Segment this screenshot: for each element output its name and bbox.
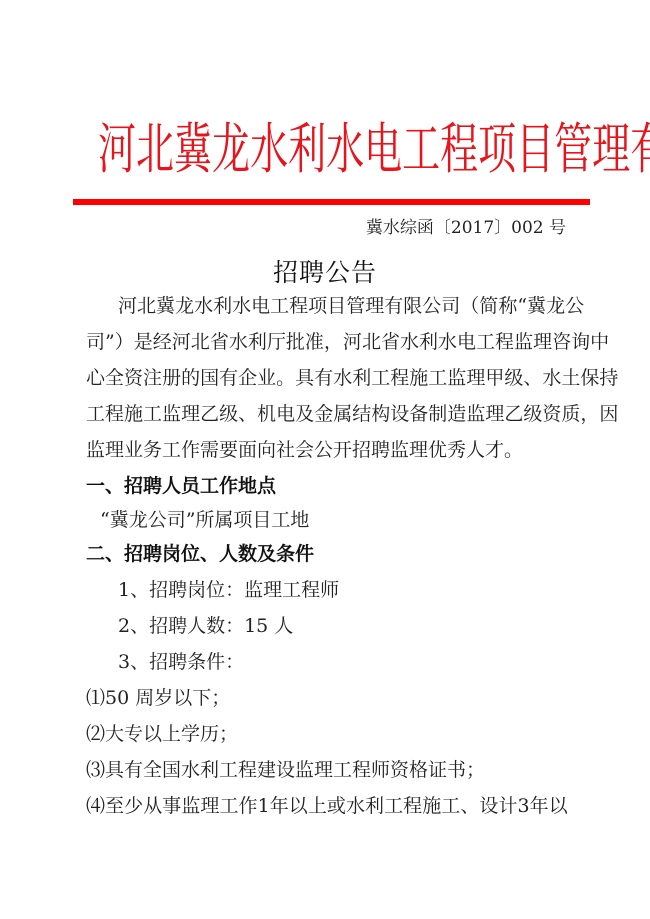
text-glyph: 程	[289, 293, 308, 319]
text-glyph: 少	[124, 793, 143, 819]
text-glyph: 有	[314, 365, 333, 391]
text-glyph: 水	[400, 329, 419, 355]
text-glyph: 乙	[200, 401, 219, 427]
text-glyph: 理	[533, 329, 552, 355]
text-glyph: 造	[447, 401, 466, 427]
letterhead-glyph: 利	[288, 104, 326, 194]
intro-line-1: 河北冀龙水利水电工程项目管理有限公司（简称“冀龙公	[118, 293, 568, 319]
text-glyph: 计	[498, 793, 517, 819]
text-glyph: 工	[270, 293, 289, 319]
text-glyph: 简	[479, 293, 498, 319]
text-glyph: 事	[162, 793, 181, 819]
text-glyph: 理	[485, 401, 504, 427]
text-glyph: 以	[289, 793, 308, 819]
text-glyph: 水	[229, 329, 248, 355]
section-heading-work-location: 一、招聘人员工作地点	[86, 473, 568, 499]
text-glyph: 施	[422, 793, 441, 819]
text-glyph: ，	[324, 329, 343, 355]
text-glyph: 工	[476, 329, 495, 355]
text-glyph: 电	[251, 293, 270, 319]
letterhead-glyph: 冀	[174, 104, 212, 194]
letterhead-glyph: 水	[250, 104, 288, 194]
text-glyph: 工	[219, 793, 238, 819]
text-glyph: 厅	[267, 329, 286, 355]
text-glyph: 。	[276, 365, 295, 391]
text-glyph: 水	[542, 365, 561, 391]
text-glyph: 管	[346, 293, 365, 319]
text-glyph: 心	[86, 365, 105, 391]
text-glyph: 土	[561, 365, 580, 391]
text-glyph: 上	[308, 793, 327, 819]
text-glyph: 制	[428, 401, 447, 427]
text-glyph: 甲	[485, 365, 504, 391]
text-glyph: 程	[495, 329, 514, 355]
letterhead-glyph: 河	[98, 104, 136, 194]
text-glyph: 质	[561, 401, 580, 427]
text-glyph: 备	[409, 401, 428, 427]
text-glyph: 工	[371, 365, 390, 391]
text-glyph: 有	[219, 365, 238, 391]
letterhead-glyph: 电	[364, 104, 402, 194]
text-glyph: 、	[460, 793, 479, 819]
text-glyph: 1	[258, 793, 270, 819]
text-glyph: 省	[210, 329, 229, 355]
text-glyph: 是	[134, 329, 153, 355]
text-glyph: 工	[428, 365, 447, 391]
text-glyph: 设	[479, 793, 498, 819]
letterhead-glyph: 管	[554, 104, 592, 194]
headcount-item: 2、招聘人数：15 人	[118, 613, 600, 639]
text-glyph: ⑷	[86, 793, 105, 819]
text-glyph: 全	[105, 365, 124, 391]
text-glyph: 河	[118, 293, 137, 319]
text-glyph: 准	[305, 329, 324, 355]
company-letterhead-title: 河北冀龙水利水电工程项目管理有限公司	[98, 118, 568, 180]
text-glyph: 经	[153, 329, 172, 355]
text-glyph: 因	[599, 401, 618, 427]
text-glyph: 级	[219, 401, 238, 427]
letterhead-red-rule	[73, 199, 590, 205]
text-glyph: 司	[441, 293, 460, 319]
text-glyph: 的	[181, 365, 200, 391]
text-glyph: 水	[333, 365, 352, 391]
text-glyph: 工	[384, 793, 403, 819]
text-glyph: 冀	[527, 293, 546, 319]
text-glyph: 业	[257, 365, 276, 391]
text-glyph: 水	[346, 793, 365, 819]
text-glyph: 结	[352, 401, 371, 427]
text-glyph: 询	[571, 329, 590, 355]
text-glyph: 龙	[546, 293, 565, 319]
text-glyph: 利	[248, 329, 267, 355]
text-glyph: ，	[580, 401, 599, 427]
position-item: 1、招聘岗位：监理工程师	[118, 577, 600, 603]
intro-line-3: 心全资注册的国有企业。具有水利工程施工监理甲级、水土保持	[86, 365, 568, 391]
text-glyph: 电	[457, 329, 476, 355]
text-glyph: 河	[172, 329, 191, 355]
text-glyph: 利	[365, 793, 384, 819]
text-glyph: 年	[530, 793, 549, 819]
text-glyph: 利	[213, 293, 232, 319]
text-glyph: 监	[447, 365, 466, 391]
text-glyph: 监	[162, 401, 181, 427]
intro-line-5: 监理业务工作需要面向社会公开招聘监理优秀人才。	[86, 437, 568, 463]
text-glyph: 施	[124, 401, 143, 427]
text-glyph: 水	[438, 329, 457, 355]
condition-certificate: ⑶具有全国水利工程建设监理工程师资格证书；	[86, 757, 568, 783]
letterhead-glyph: 程	[440, 104, 478, 194]
text-glyph: 从	[143, 793, 162, 819]
text-glyph: 河	[343, 329, 362, 355]
text-glyph: 工	[86, 401, 105, 427]
text-glyph: 以	[549, 793, 568, 819]
section-heading-positions: 二、招聘岗位、人数及条件	[86, 541, 568, 567]
text-glyph: 或	[327, 793, 346, 819]
letterhead-glyph: 北	[136, 104, 174, 194]
work-location-text: “冀龙公司”所属项目工地	[100, 507, 582, 533]
letterhead-glyph: 水	[326, 104, 364, 194]
condition-experience: ⑷至少从事监理工作1年以上或水利工程施工、设计3年以	[86, 793, 568, 819]
text-glyph: 年	[270, 793, 289, 819]
text-glyph: 司	[86, 329, 105, 355]
text-glyph: 利	[352, 365, 371, 391]
text-glyph: 构	[371, 401, 390, 427]
text-glyph: 利	[419, 329, 438, 355]
text-glyph: 至	[105, 793, 124, 819]
text-glyph: 程	[403, 793, 422, 819]
text-glyph: 省	[381, 329, 400, 355]
text-glyph: 级	[523, 401, 542, 427]
text-glyph: 机	[257, 401, 276, 427]
text-glyph: 持	[599, 365, 618, 391]
text-glyph: 施	[409, 365, 428, 391]
text-glyph: 作	[239, 793, 258, 819]
text-glyph: 、	[238, 401, 257, 427]
letterhead-glyph: 工	[402, 104, 440, 194]
text-glyph: 水	[232, 293, 251, 319]
text-glyph: 理	[365, 293, 384, 319]
text-glyph: 限	[403, 293, 422, 319]
text-glyph: 电	[276, 401, 295, 427]
text-glyph: ”	[105, 329, 115, 355]
condition-education: ⑵大专以上学历；	[86, 721, 568, 747]
document-page: 河北冀龙水利水电工程项目管理有限公司 冀水综函〔2017〕002 号 招聘公告 …	[0, 0, 650, 919]
text-glyph: 公	[565, 293, 584, 319]
text-glyph: 保	[580, 365, 599, 391]
text-glyph: 咨	[552, 329, 571, 355]
intro-line-4: 工程施工监理乙级、机电及金属结构设备制造监理乙级资质，因	[86, 401, 568, 427]
text-glyph: 程	[390, 365, 409, 391]
text-glyph: 资	[542, 401, 561, 427]
text-glyph: 公	[422, 293, 441, 319]
text-glyph: 北	[137, 293, 156, 319]
text-glyph: ）	[115, 329, 134, 355]
text-glyph: 资	[124, 365, 143, 391]
text-glyph: 级	[504, 365, 523, 391]
text-glyph: 监	[466, 401, 485, 427]
text-glyph: 冀	[156, 293, 175, 319]
letterhead-glyph: 龙	[212, 104, 250, 194]
text-glyph: 理	[200, 793, 219, 819]
text-glyph: 龙	[175, 293, 194, 319]
letterhead-glyph: 目	[516, 104, 554, 194]
text-glyph: “	[517, 293, 527, 319]
text-glyph: 注	[143, 365, 162, 391]
text-glyph: 工	[441, 793, 460, 819]
letterhead-glyph: 项	[478, 104, 516, 194]
condition-age: ⑴50 周岁以下；	[86, 685, 568, 711]
text-glyph: 工	[143, 401, 162, 427]
text-glyph: 具	[295, 365, 314, 391]
intro-line-2: 司”）是经河北省水利厅批准，河北省水利水电工程监理咨询中	[86, 329, 568, 355]
text-glyph: 称	[498, 293, 517, 319]
text-glyph: 有	[384, 293, 403, 319]
text-glyph: 理	[181, 401, 200, 427]
text-glyph: 批	[286, 329, 305, 355]
text-glyph: 目	[327, 293, 346, 319]
notice-title: 招聘公告	[0, 258, 650, 288]
text-glyph: 册	[162, 365, 181, 391]
text-glyph: 水	[194, 293, 213, 319]
text-glyph: 国	[200, 365, 219, 391]
document-number: 冀水综函〔2017〕002 号	[366, 216, 566, 240]
text-glyph: 北	[191, 329, 210, 355]
letterhead-glyph: 有	[630, 104, 650, 194]
letterhead-glyph: 理	[592, 104, 630, 194]
text-glyph: 企	[238, 365, 257, 391]
text-glyph: 金	[314, 401, 333, 427]
text-glyph: 3	[518, 793, 530, 819]
text-glyph: 程	[105, 401, 124, 427]
text-glyph: 北	[362, 329, 381, 355]
text-glyph: 设	[390, 401, 409, 427]
text-glyph: 属	[333, 401, 352, 427]
text-glyph: 理	[466, 365, 485, 391]
text-glyph: 项	[308, 293, 327, 319]
text-glyph: 监	[514, 329, 533, 355]
text-glyph: 监	[181, 793, 200, 819]
text-glyph: 中	[590, 329, 609, 355]
conditions-item: 3、招聘条件：	[118, 649, 600, 675]
text-glyph: 、	[523, 365, 542, 391]
text-glyph: 及	[295, 401, 314, 427]
text-glyph: （	[460, 293, 479, 319]
text-glyph: 乙	[504, 401, 523, 427]
